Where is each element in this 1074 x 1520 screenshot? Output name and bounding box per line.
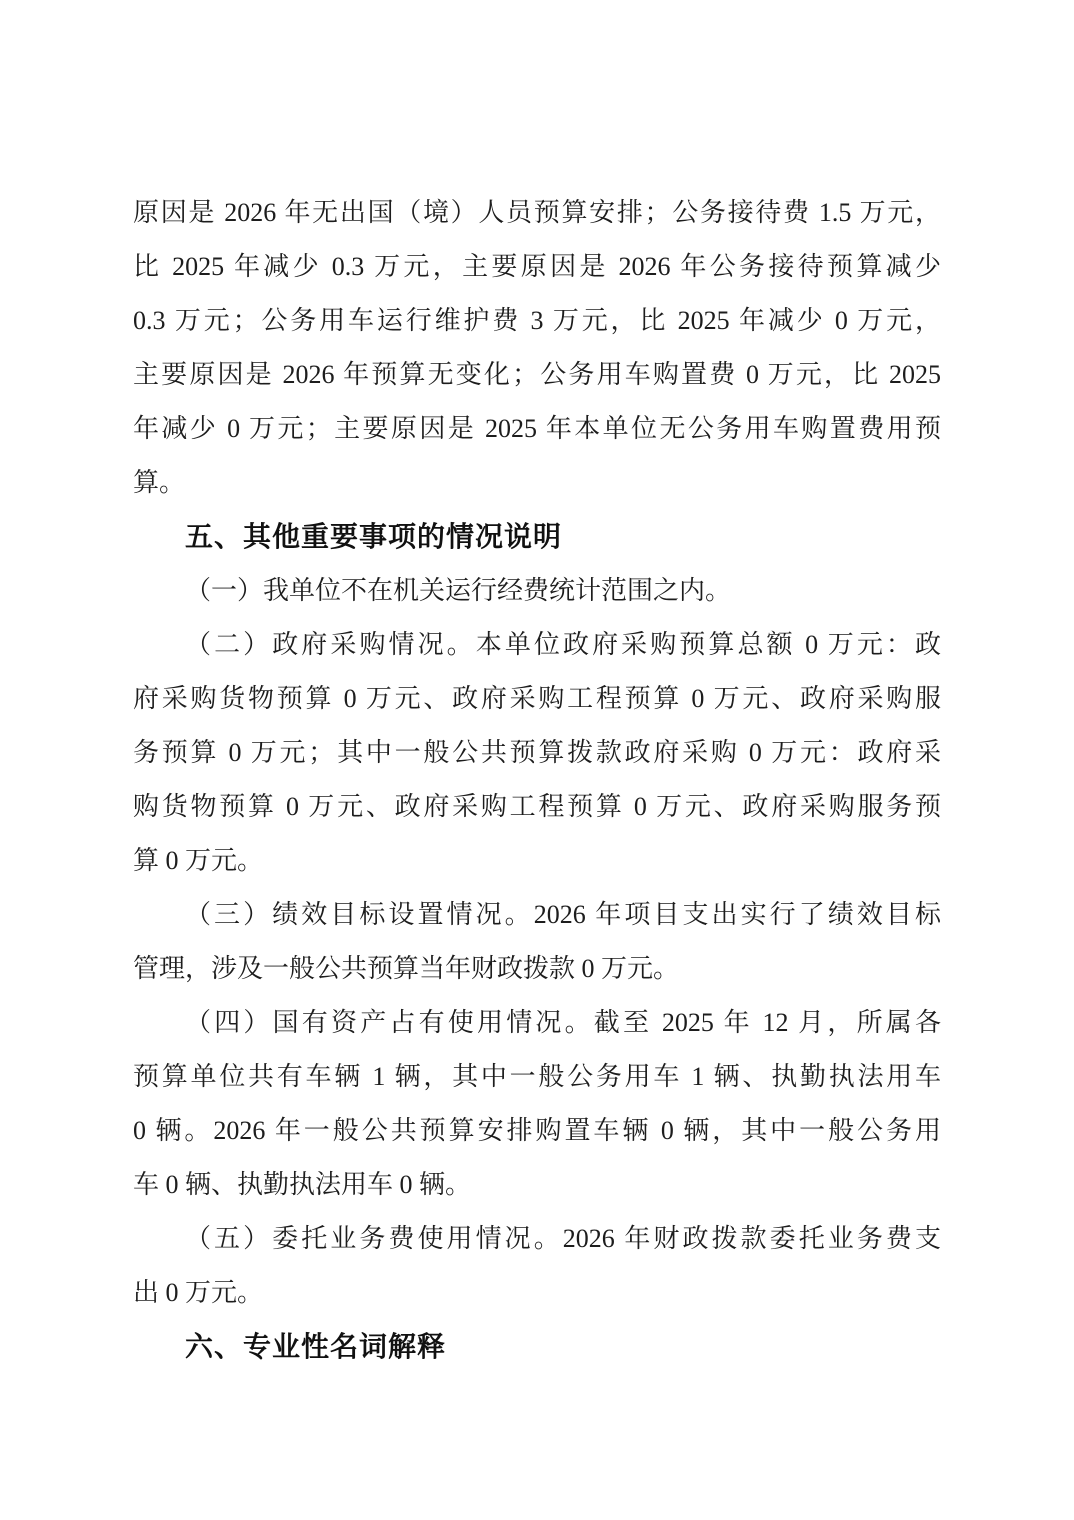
carryover-paragraph: 原因是 2026 年无出国（境）人员预算安排；公务接待费 1.5 万元， 比 2… [133,186,941,510]
section-5-item-2: （二）政府采购情况。本单位政府采购预算总额 0 万元：政 府采购货物预算 0 万… [133,618,941,888]
body-line: 务预算 0 万元；其中一般公共预算拨款政府采购 0 万元：政府采 [133,726,941,780]
body-line: （三）绩效目标设置情况。2026 年项目支出实行了绩效目标 [133,888,941,942]
body-line: 比 2025 年减少 0.3 万元，主要原因是 2026 年公务接待预算减少 [133,240,941,294]
section-5-item-3: （三）绩效目标设置情况。2026 年项目支出实行了绩效目标 管理，涉及一般公共预… [133,888,941,996]
body-line: 算 0 万元。 [133,834,941,888]
body-line: 0 辆。2026 年一般公共预算安排购置车辆 0 辆，其中一般公务用 [133,1104,941,1158]
body-line: 购货物预算 0 万元、政府采购工程预算 0 万元、政府采购服务预 [133,780,941,834]
section-5-item-1: （一）我单位不在机关运行经费统计范围之内。 [133,564,941,618]
body-line: （二）政府采购情况。本单位政府采购预算总额 0 万元：政 [133,618,941,672]
body-line: 原因是 2026 年无出国（境）人员预算安排；公务接待费 1.5 万元， [133,186,941,240]
section-5-item-4: （四）国有资产占有使用情况。截至 2025 年 12 月，所属各 预算单位共有车… [133,996,941,1212]
body-line: 0.3 万元；公务用车运行维护费 3 万元，比 2025 年减少 0 万元， [133,294,941,348]
section-6-heading: 六、专业性名词解释 [133,1320,941,1374]
body-line: 管理，涉及一般公共预算当年财政拨款 0 万元。 [133,942,941,996]
body-line: 府采购货物预算 0 万元、政府采购工程预算 0 万元、政府采购服 [133,672,941,726]
section-5-heading: 五、其他重要事项的情况说明 [133,510,941,564]
body-line: 主要原因是 2026 年预算无变化；公务用车购置费 0 万元，比 2025 [133,348,941,402]
body-line: 算。 [133,456,941,510]
body-line: 预算单位共有车辆 1 辆，其中一般公务用车 1 辆、执勤执法用车 [133,1050,941,1104]
body-line: （五）委托业务费使用情况。2026 年财政拨款委托业务费支 [133,1212,941,1266]
body-line: 年减少 0 万元；主要原因是 2025 年本单位无公务用车购置费用预 [133,402,941,456]
body-line: （一）我单位不在机关运行经费统计范围之内。 [133,564,941,618]
body-line: 车 0 辆、执勤执法用车 0 辆。 [133,1158,941,1212]
section-5-item-5: （五）委托业务费使用情况。2026 年财政拨款委托业务费支 出 0 万元。 [133,1212,941,1320]
document-content: 原因是 2026 年无出国（境）人员预算安排；公务接待费 1.5 万元， 比 2… [133,186,941,1374]
body-line: 出 0 万元。 [133,1266,941,1320]
document-page: 原因是 2026 年无出国（境）人员预算安排；公务接待费 1.5 万元， 比 2… [0,0,1074,1520]
body-line: （四）国有资产占有使用情况。截至 2025 年 12 月，所属各 [133,996,941,1050]
